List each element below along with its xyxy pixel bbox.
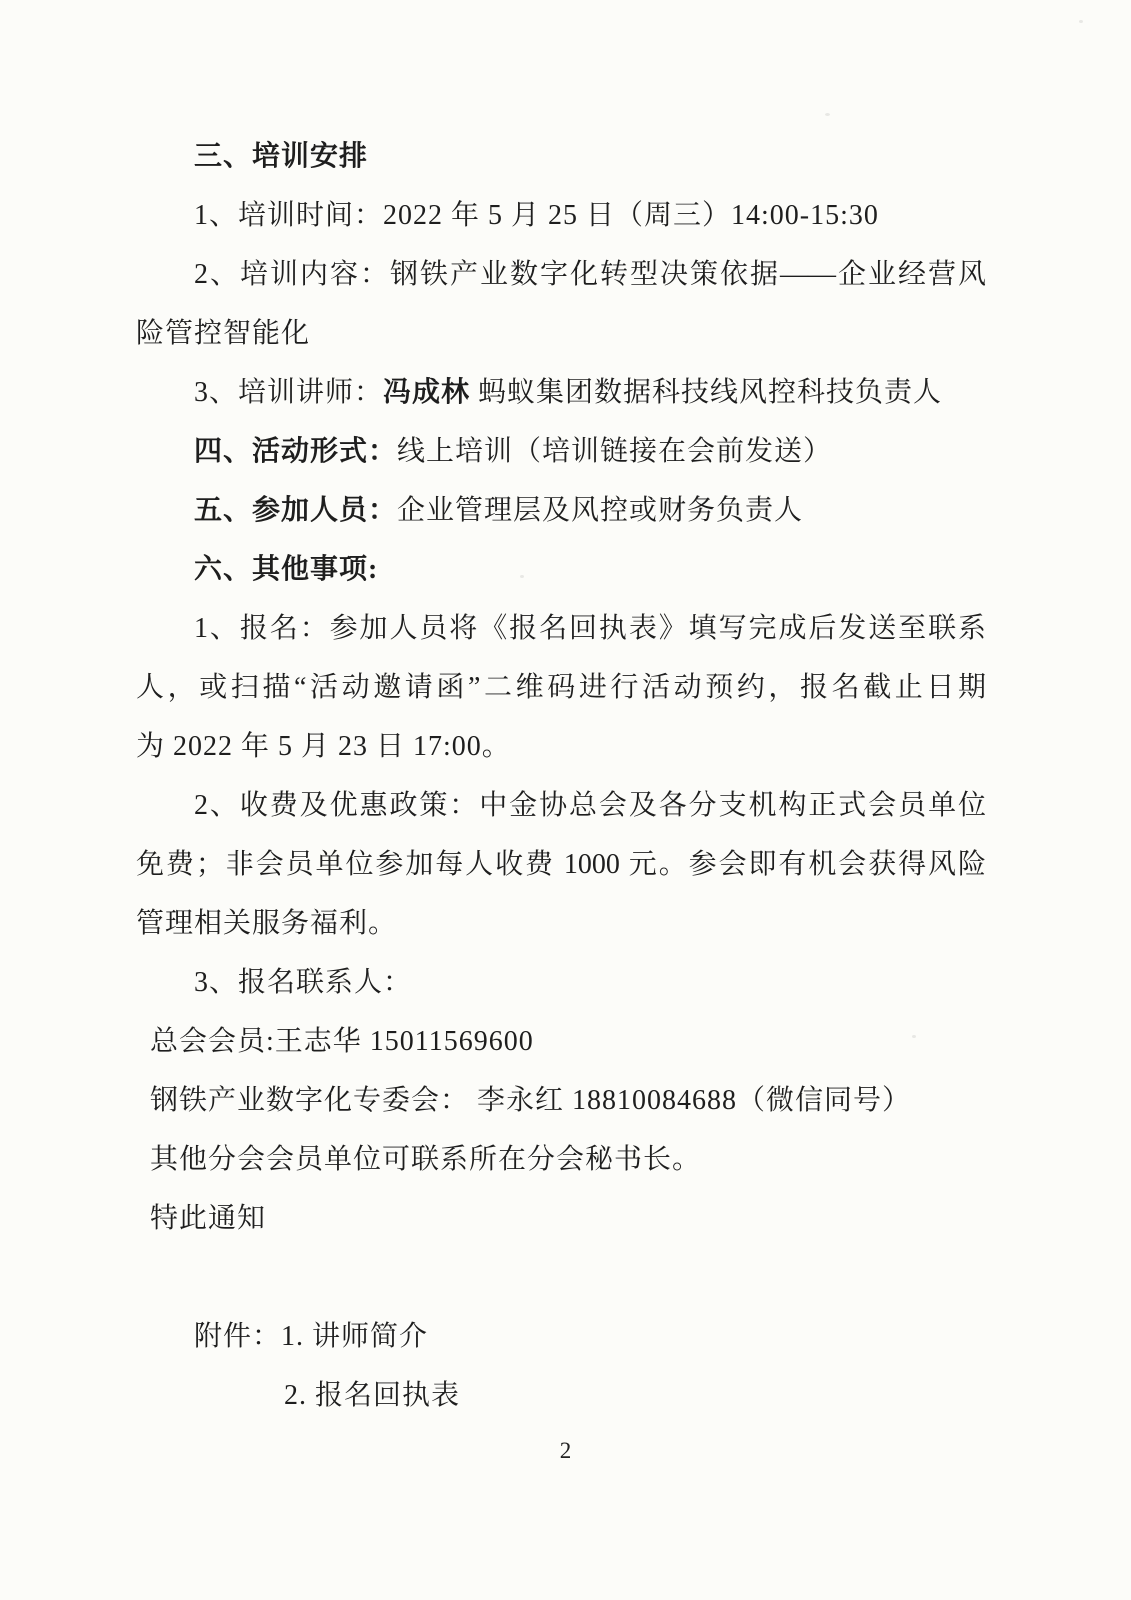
text-segment: 2、收费及优惠政策：中金协总会及各分支机构正式会员单位 (194, 790, 986, 821)
line-trainer: 3、培训讲师：冯成林 蚂蚁集团数据科技线风控科技负责人 (136, 363, 986, 422)
line-contact-other: 其他分会会员单位可联系所在分会秘书长。 (136, 1130, 986, 1189)
line-fees-3: 管理相关服务福利。 (136, 894, 986, 953)
text-segment: 四、活动形式： (194, 436, 397, 467)
text-segment: 人，或扫描“活动邀请函”二维码进行活动预约，报名截止日期 (136, 672, 986, 703)
line-training-content-1: 2、培训内容：钢铁产业数字化转型决策依据——企业经营风 (136, 245, 986, 304)
text-segment: 企业管理层及风控或财务负责人 (397, 495, 803, 526)
line-attachment-2: 2. 报名回执表 (136, 1366, 986, 1425)
text-segment: 特此通知 (150, 1203, 266, 1234)
page-number: 2 (0, 1438, 1131, 1464)
line-notice-close: 特此通知 (136, 1189, 986, 1248)
document-page: 三、培训安排1、培训时间：2022 年 5 月 25 日（周三）14:00-15… (0, 0, 1131, 1600)
text-segment: 免费；非会员单位参加每人收费 1000 元。参会即有机会获得风险 (136, 849, 986, 880)
line-registration-2: 人，或扫描“活动邀请函”二维码进行活动预约，报名截止日期 (136, 658, 986, 717)
line-blank (136, 1248, 986, 1307)
text-segment: 险管控智能化 (136, 318, 310, 349)
line-fees-1: 2、收费及优惠政策：中金协总会及各分支机构正式会员单位 (136, 776, 986, 835)
text-segment: 附件：1. 讲师简介 (194, 1321, 428, 1352)
text-segment: 蚂蚁集团数据科技线风控科技负责人 (470, 377, 942, 408)
line-attachment-1: 附件：1. 讲师简介 (136, 1307, 986, 1366)
text-segment: 三、培训安排 (194, 141, 368, 172)
line-registration-3: 为 2022 年 5 月 23 日 17:00。 (136, 717, 986, 776)
text-segment: 六、其他事项: (194, 554, 378, 585)
text-segment: 3、报名联系人： (194, 967, 412, 998)
line-contacts-heading: 3、报名联系人： (136, 953, 986, 1012)
text-segment: 钢铁产业数字化专委会： 李永红 18810084688（微信同号） (150, 1085, 911, 1116)
text-segment: 五、参加人员： (194, 495, 397, 526)
heading-activity-format: 四、活动形式：线上培训（培训链接在会前发送） (136, 422, 986, 481)
text-segment: 2、培训内容：钢铁产业数字化转型决策依据——企业经营风 (194, 259, 986, 290)
text-block: 三、培训安排1、培训时间：2022 年 5 月 25 日（周三）14:00-15… (136, 127, 986, 1425)
line-fees-2: 免费；非会员单位参加每人收费 1000 元。参会即有机会获得风险 (136, 835, 986, 894)
text-segment: 管理相关服务福利。 (136, 908, 397, 939)
line-training-content-2: 险管控智能化 (136, 304, 986, 363)
text-segment: 1、培训时间：2022 年 5 月 25 日（周三）14:00-15:30 (194, 200, 879, 231)
line-training-time: 1、培训时间：2022 年 5 月 25 日（周三）14:00-15:30 (136, 186, 986, 245)
heading-training-schedule: 三、培训安排 (136, 127, 986, 186)
text-segment: 为 2022 年 5 月 23 日 17:00。 (136, 731, 511, 762)
text-segment: 冯成林 (383, 377, 470, 408)
text-segment: 3、培训讲师： (194, 377, 383, 408)
text-segment: 其他分会会员单位可联系所在分会秘书长。 (150, 1144, 701, 1175)
text-segment: 线上培训（培训链接在会前发送） (397, 436, 832, 467)
text-segment: 总会会员:王志华 15011569600 (150, 1026, 534, 1057)
line-contact-main: 总会会员:王志华 15011569600 (136, 1012, 986, 1071)
scan-speck (1079, 20, 1083, 23)
scan-speck (825, 113, 830, 116)
heading-other-matters: 六、其他事项: (136, 540, 986, 599)
line-registration-1: 1、报名：参加人员将《报名回执表》填写完成后发送至联系 (136, 599, 986, 658)
text-segment: 1、报名：参加人员将《报名回执表》填写完成后发送至联系 (194, 613, 986, 644)
line-contact-steel: 钢铁产业数字化专委会： 李永红 18810084688（微信同号） (136, 1071, 986, 1130)
text-segment: 2. 报名回执表 (284, 1380, 460, 1411)
heading-participants: 五、参加人员：企业管理层及风控或财务负责人 (136, 481, 986, 540)
